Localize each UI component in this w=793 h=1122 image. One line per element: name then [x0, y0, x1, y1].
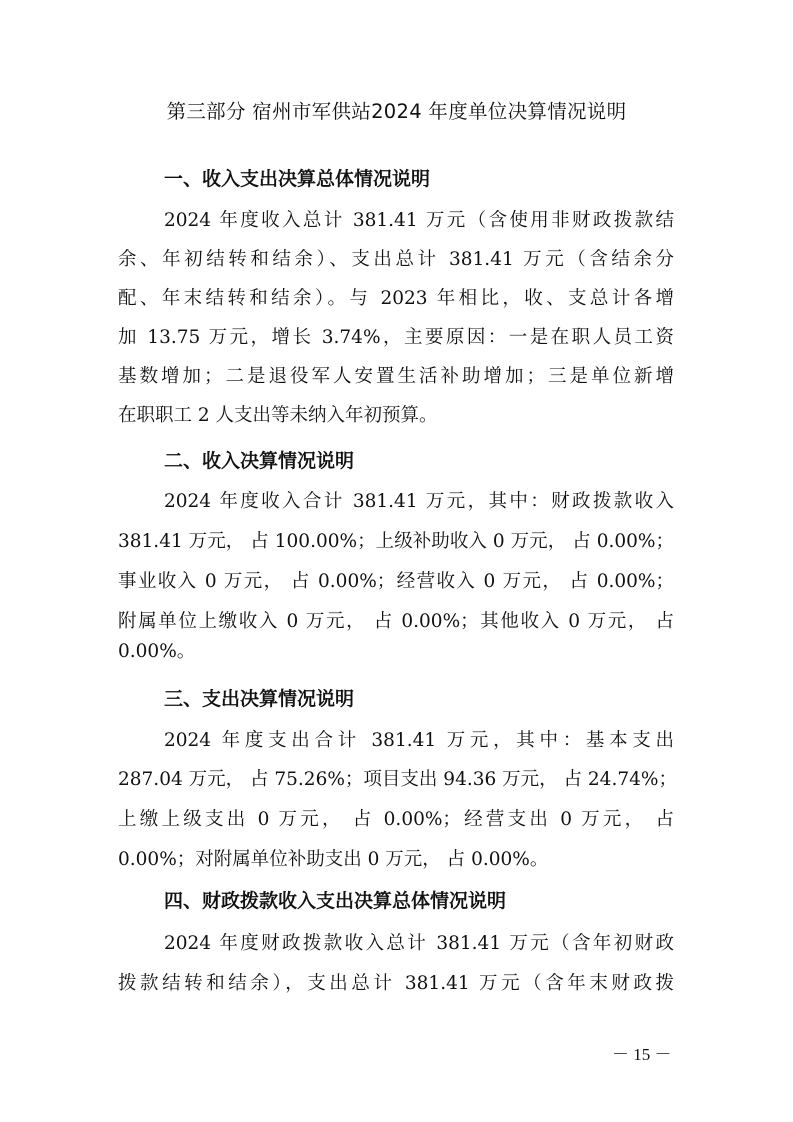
- paragraph-line: 2024 年度财政拨款收入总计 381.41 万元（含年初财政: [164, 929, 674, 955]
- paragraph-line: 拨款结转和结余），支出总计 381.41 万元（含年末财政拨: [118, 969, 674, 995]
- section-heading-4: 四、财政拨款收入支出决算总体情况说明: [164, 886, 506, 913]
- paragraph-line: 上缴上级支出 0 万元， 占 0.00%；经营支出 0 万元， 占: [118, 805, 674, 831]
- paragraph-line: 2024 年度收入合计 381.41 万元，其中：财政拨款收入: [164, 487, 674, 513]
- page-number: － 15 －: [612, 1040, 672, 1065]
- page-title: 第三部分 宿州市军供站2024 年度单位决算情况说明: [0, 96, 793, 124]
- paragraph-line: 在职职工 2 人支出等未纳入年初预算。: [118, 401, 674, 427]
- document-page: 第三部分 宿州市军供站2024 年度单位决算情况说明 一、收入支出决算总体情况说…: [0, 0, 793, 1122]
- paragraph-line: 287.04 万元， 占 75.26%；项目支出 94.36 万元， 占 24.…: [118, 765, 674, 791]
- paragraph-line: 余、年初结转和结余）、支出总计 381.41 万元（含结余分: [118, 245, 674, 271]
- section-heading-1: 一、收入支出决算总体情况说明: [164, 164, 430, 191]
- paragraph-line: 0.00%；对附属单位补助支出 0 万元， 占 0.00%。: [118, 845, 674, 871]
- section-heading-2: 二、收入决算情况说明: [164, 446, 354, 473]
- paragraph-line: 加 13.75 万元，增长 3.74%，主要原因：一是在职人员工资: [118, 323, 674, 349]
- paragraph-line: 381.41 万元， 占 100.00%；上级补助收入 0 万元， 占 0.00…: [118, 527, 674, 553]
- paragraph-line: 配、年末结转和结余）。与 2023 年相比，收、支总计各增: [118, 284, 674, 310]
- paragraph-line: 事业收入 0 万元， 占 0.00%；经营收入 0 万元， 占 0.00%；: [118, 567, 674, 593]
- section-heading-3: 三、支出决算情况说明: [164, 684, 354, 711]
- paragraph-line: 基数增加；二是退役军人安置生活补助增加；三是单位新增: [118, 362, 674, 388]
- paragraph-line: 2024 年度支出合计 381.41 万元，其中：基本支出: [164, 726, 674, 752]
- paragraph-line: 2024 年度收入总计 381.41 万元（含使用非财政拨款结: [164, 206, 674, 232]
- paragraph-line: 附属单位上缴收入 0 万元， 占 0.00%；其他收入 0 万元， 占: [118, 607, 674, 633]
- paragraph-line: 0.00%。: [118, 637, 674, 663]
